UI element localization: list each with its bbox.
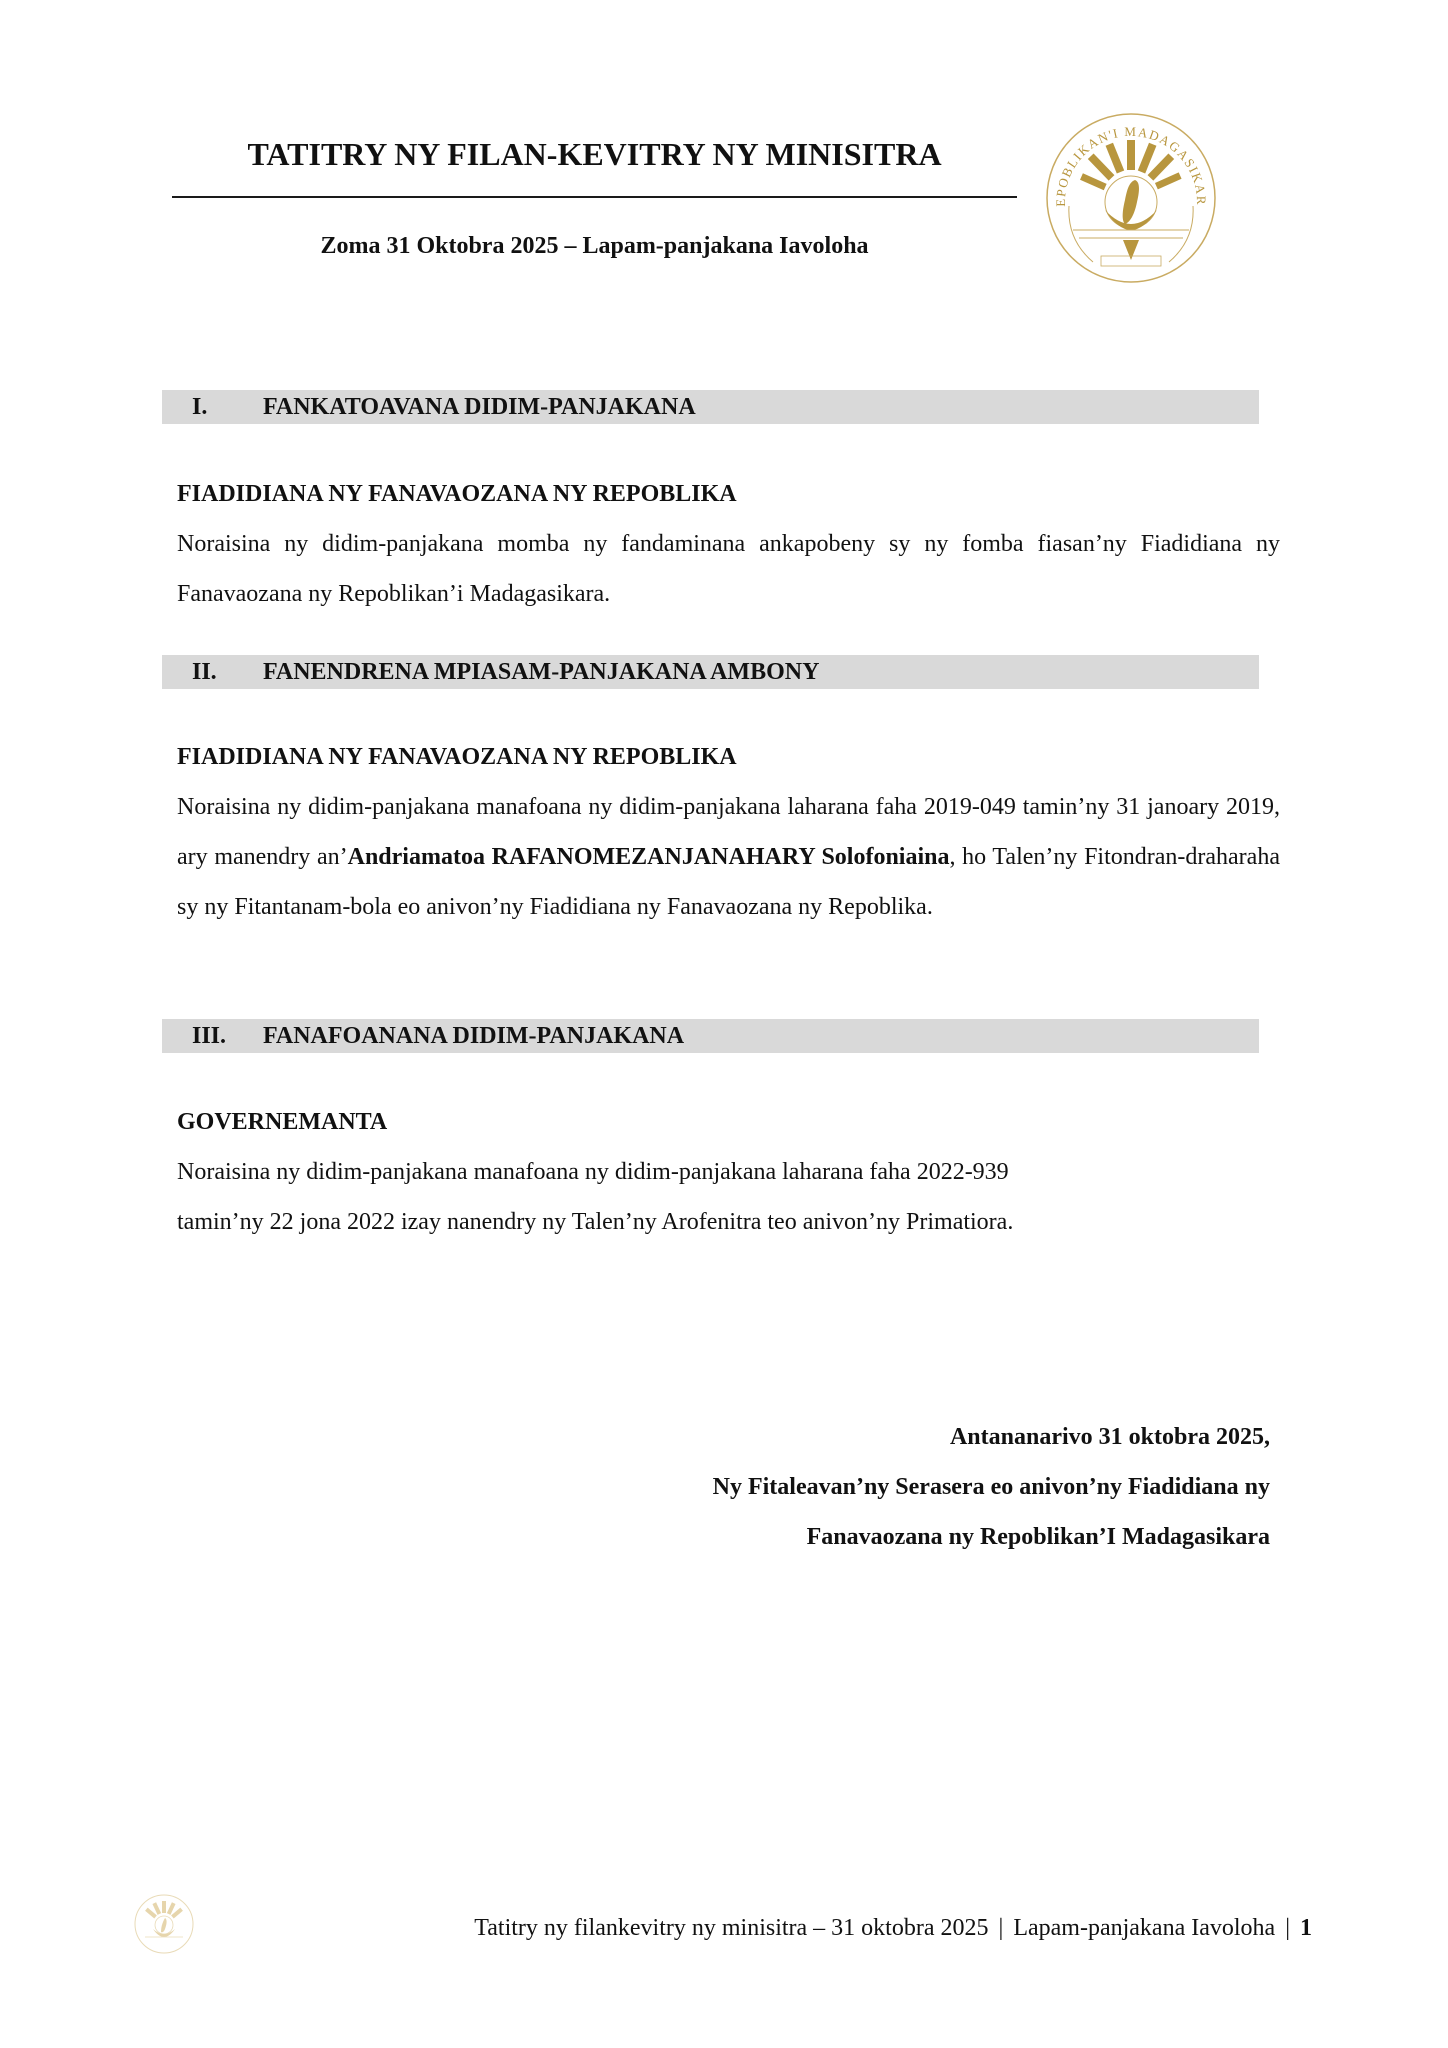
- section-3-content: GOVERNEMANTA Noraisina ny didim-panjakan…: [177, 1097, 1280, 1247]
- section-subheading: GOVERNEMANTA: [177, 1097, 1280, 1147]
- section-title: FANAFOANANA DIDIM-PANJAKANA: [263, 1019, 684, 1053]
- signature-authority-line: Fanavaozana ny Repoblikan’I Madagasikara: [470, 1512, 1270, 1562]
- section-header-2: II. FANENDRENA MPIASAM-PANJAKANA AMBONY: [162, 655, 1259, 689]
- footer-separator: |: [999, 1915, 1004, 1941]
- section-header-3: III. FANAFOANANA DIDIM-PANJAKANA: [162, 1019, 1259, 1053]
- section-body: Noraisina ny didim-panjakana manafoana n…: [177, 1147, 1280, 1247]
- body-line: Noraisina ny didim-panjakana manafoana n…: [177, 1159, 1009, 1185]
- signature-block: Antananarivo 31 oktobra 2025, Ny Fitalea…: [470, 1412, 1270, 1562]
- section-header-1: I. FANKATOAVANA DIDIM-PANJAKANA: [162, 390, 1259, 424]
- section-1-content: FIADIDIANA NY FANAVAOZANA NY REPOBLIKA N…: [177, 469, 1280, 619]
- section-number: II.: [192, 655, 217, 689]
- document-title: TATITRY NY FILAN-KEVITRY NY MINISITRA: [172, 136, 1017, 172]
- footer-seal-icon: [133, 1893, 195, 1955]
- section-body: Noraisina ny didim-panjakana momba ny fa…: [177, 519, 1280, 619]
- footer-title: Tatitry ny filankevitry ny minisitra – 3…: [474, 1915, 988, 1941]
- coat-of-arms-seal-icon: REPOBLIKAN'I MADAGASIKARA: [1043, 110, 1219, 286]
- section-body: Noraisina ny didim-panjakana manafoana n…: [177, 782, 1280, 932]
- signature-authority-line: Ny Fitaleavan’ny Serasera eo anivon’ny F…: [470, 1462, 1270, 1512]
- section-2-content: FIADIDIANA NY FANAVAOZANA NY REPOBLIKA N…: [177, 732, 1280, 932]
- appointee-name: Andriamatoa RAFANOMEZANJANAHARY Solofoni…: [348, 844, 950, 870]
- signature-place-date: Antananarivo 31 oktobra 2025,: [470, 1412, 1270, 1462]
- body-line: tamin’ny 22 jona 2022 izay nanendry ny T…: [177, 1209, 1013, 1235]
- section-title: FANKATOAVANA DIDIM-PANJAKANA: [263, 390, 696, 424]
- page-footer: Tatitry ny filankevitry ny minisitra – 3…: [474, 1914, 1312, 1942]
- section-number: III.: [192, 1019, 226, 1053]
- footer-location: Lapam-panjakana Iavoloha: [1013, 1915, 1275, 1941]
- page-number: 1: [1300, 1915, 1312, 1941]
- section-title: FANENDRENA MPIASAM-PANJAKANA AMBONY: [263, 655, 819, 689]
- section-subheading: FIADIDIANA NY FANAVAOZANA NY REPOBLIKA: [177, 469, 1280, 519]
- title-divider: [172, 196, 1017, 198]
- section-number: I.: [192, 390, 207, 424]
- section-subheading: FIADIDIANA NY FANAVAOZANA NY REPOBLIKA: [177, 732, 1280, 782]
- document-subtitle: Zoma 31 Oktobra 2025 – Lapam-panjakana I…: [172, 232, 1017, 260]
- footer-separator: |: [1285, 1915, 1290, 1941]
